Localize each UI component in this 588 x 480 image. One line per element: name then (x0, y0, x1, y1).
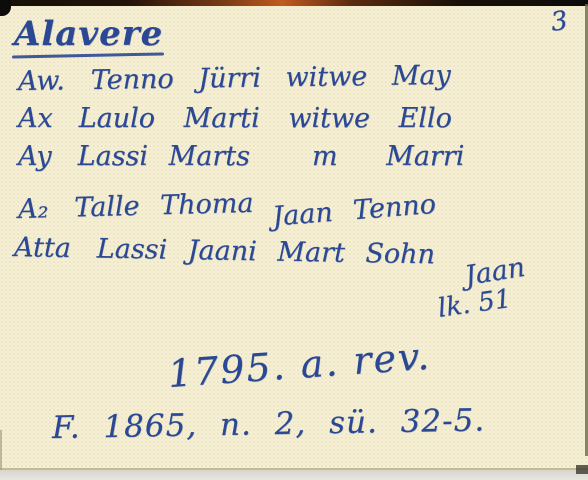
entry-prefix: Aw. (18, 65, 65, 97)
scan-corner-top-left (0, 0, 11, 16)
entry-prefix: Atta (14, 232, 71, 264)
scan-edge-top (0, 0, 588, 6)
entry-text-continued: m Marri (312, 141, 464, 172)
entry-prefix: A₂ (18, 193, 49, 225)
entry-text: Laulo Marti witwe Ello (79, 103, 452, 134)
scanned-archive-card: Alavere 3 Aw.Tenno Jürri witwe May AxLau… (0, 0, 588, 480)
page-reference: lk. 51 (436, 284, 513, 324)
scan-corner-bottom-right (576, 465, 588, 474)
entry-text: Lassi Jaani Mart Sohn (97, 233, 436, 270)
page-number: 3 (549, 6, 570, 38)
entry-line-5: AttaLassi Jaani Mart SohnJaan (14, 232, 526, 272)
archive-reference: F. 1865, n. 2, sü. 32-5. (52, 402, 486, 446)
entry-prefix: Ay (18, 141, 52, 172)
entry-line-4: A₂Talle ThomaJaan Tenno (18, 183, 436, 225)
scan-edge-bottom (0, 470, 588, 480)
entry-text-continued: Jaan Tenno (271, 189, 437, 233)
entry-text: Tenno Jürri witwe May (91, 60, 451, 96)
revision-note: 1795. a. rev. (166, 334, 432, 396)
entry-text: Talle Thoma (74, 188, 254, 224)
entry-text: Lassi Marts (78, 141, 250, 172)
entry-line-1: Aw.Tenno Jürri witwe May (18, 60, 451, 97)
card-title: Alavere (14, 14, 163, 54)
entry-prefix: Ax (18, 103, 53, 134)
entry-line-2: AxLaulo Marti witwe Ello (18, 103, 452, 134)
entry-line-3: AyLassi Martsm Marri (18, 141, 464, 172)
